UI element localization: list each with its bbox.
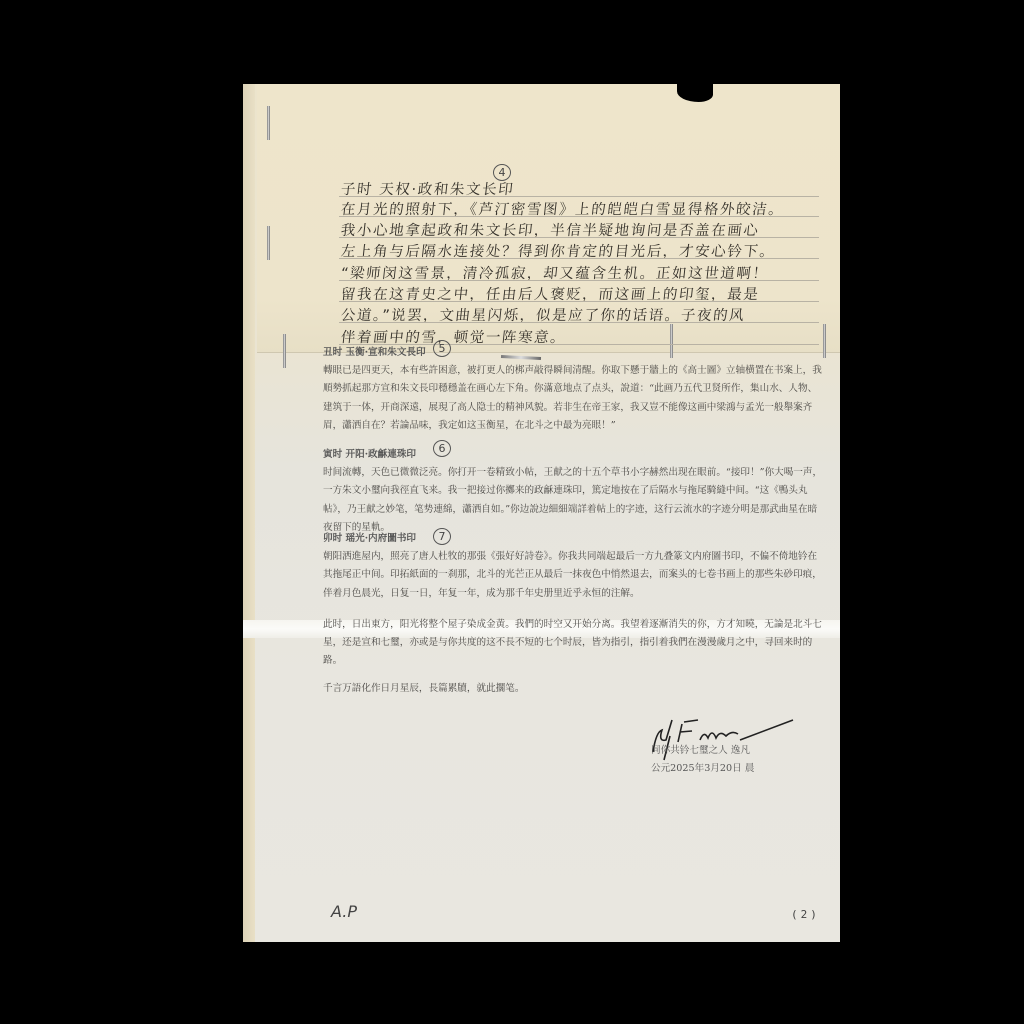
footer-mark: A.P — [331, 902, 357, 921]
closing-paragraph: 此时，日出東方，阳光将整个屋子染成金黄。我們的时空又开始分离。我望着逐漸消失的你… — [323, 616, 823, 671]
signature-block: 同你共钤七璽之人 逸凡 公元2025年3月20日 晨 — [651, 742, 754, 778]
section-body: 朝阳洒進屋内，照亮了唐人杜牧的那張《張好好詩卷》。你我共同端起最后一方九叠篆文内… — [323, 548, 823, 603]
staple — [823, 324, 826, 358]
section-heading: 丑时 玉衡·宣和朱文長印 — [323, 344, 823, 362]
section-mao: 卯时 瑶光·内府圖书印 朝阳洒進屋内，照亮了唐人杜牧的那張《張好好詩卷》。你我共… — [323, 530, 823, 603]
section-heading: 寅时 开阳·政龢連珠印 — [323, 446, 823, 464]
section-body: 时间流轉，天色已微微泛亮。你打开一卷精致小帖，王献之的十五个草书小字赫然出现在眼… — [323, 464, 823, 537]
signature-name: 同你共钤七璽之人 逸凡 — [651, 742, 754, 760]
torn-edge — [677, 84, 713, 102]
section-chou: 丑时 玉衡·宣和朱文長印 轉眼已是四更天，本有些許困意，被打更人的梆声敲得瞬间清… — [323, 344, 823, 435]
section-yin: 寅时 开阳·政龢連珠印 时间流轉，天色已微微泛亮。你打开一卷精致小帖，王献之的十… — [323, 446, 823, 537]
staple — [267, 226, 270, 260]
section-body: 轉眼已是四更天，本有些許困意，被打更人的梆声敲得瞬间清醒。你取下懸于牆上的《高士… — [323, 362, 823, 435]
final-line: 千言万語化作日月星辰，長篇累牘，就此擱笔。 — [323, 680, 823, 698]
signature-date: 公元2025年3月20日 晨 — [651, 760, 754, 778]
section-heading: 卯时 瑶光·内府圖书印 — [323, 530, 823, 548]
staple — [283, 334, 286, 368]
document-page: 4 子时 天权·政和朱文长印 在月光的照射下，《芦汀密雪图》上的皑皑白雪显得格外… — [243, 84, 840, 942]
page-number: (2) — [791, 908, 820, 921]
staple — [267, 106, 270, 140]
